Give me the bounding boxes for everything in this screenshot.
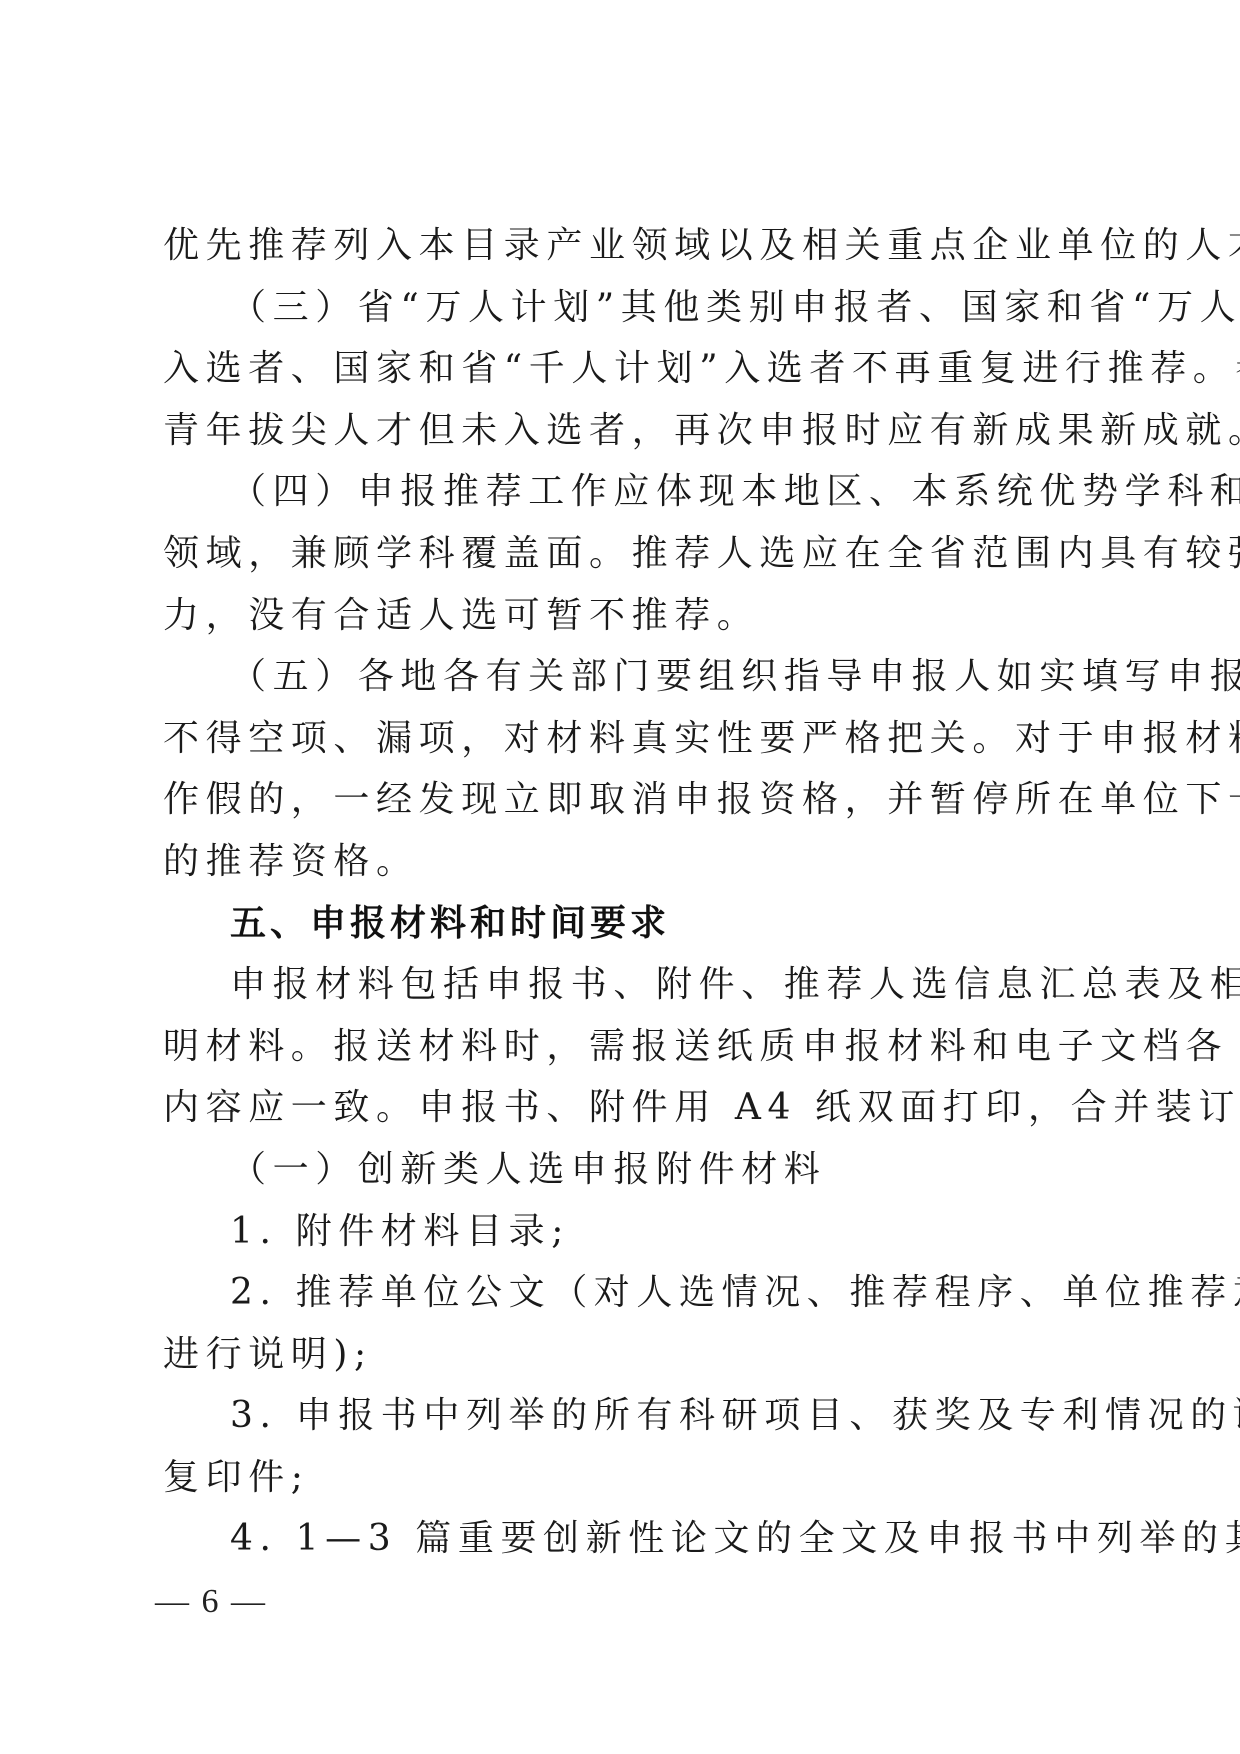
paragraph-line: 申报材料包括申报书、附件、推荐人选信息汇总表及相关证 xyxy=(163,954,1083,1016)
paragraph-line: 作假的，一经发现立即取消申报资格，并暂停所在单位下一年度 xyxy=(163,769,1083,831)
paragraph-line: （四）申报推荐工作应体现本地区、本系统优势学科和优势 xyxy=(163,461,1083,523)
paragraph-line: 入选者、国家和省“千人计划”入选者不再重复进行推荐。参评过 xyxy=(163,338,1083,400)
subsection-heading: （一）创新类人选申报附件材料 xyxy=(163,1139,1083,1201)
paragraph-line: （五）各地各有关部门要组织指导申报人如实填写申报材料， xyxy=(163,646,1083,708)
paragraph-line: 的推荐资格。 xyxy=(163,831,1083,893)
paragraph-line: 优先推荐列入本目录产业领域以及相关重点企业单位的人才。 xyxy=(163,215,1083,277)
list-item-continuation: 复印件; xyxy=(163,1447,1083,1509)
paragraph-line: （三）省“万人计划”其他类别申报者、国家和省“万人计划” xyxy=(163,277,1083,339)
list-item: 4. 1—3 篇重要创新性论文的全文及申报书中列举的其他代 xyxy=(163,1508,1083,1570)
list-item: 1. 附件材料目录; xyxy=(163,1201,1083,1263)
page-number: — 6 — xyxy=(155,1583,267,1621)
list-item: 2. 推荐单位公文（对人选情况、推荐程序、单位推荐意见 xyxy=(163,1262,1083,1324)
list-item: 3. 申报书中列举的所有科研项目、获奖及专利情况的证明 xyxy=(163,1385,1083,1447)
document-page: 优先推荐列入本目录产业领域以及相关重点企业单位的人才。 （三）省“万人计划”其他… xyxy=(0,0,1240,1754)
paragraph-line: 力，没有合适人选可暂不推荐。 xyxy=(163,585,1083,647)
paragraph-line: 不得空项、漏项，对材料真实性要严格把关。对于申报材料弄虚 xyxy=(163,708,1083,770)
list-item-continuation: 进行说明); xyxy=(163,1324,1083,1386)
paragraph-line: 青年拔尖人才但未入选者，再次申报时应有新成果新成就。 xyxy=(163,400,1083,462)
document-body: 优先推荐列入本目录产业领域以及相关重点企业单位的人才。 （三）省“万人计划”其他… xyxy=(163,215,1083,1570)
paragraph-line: 内容应一致。申报书、附件用 A4 纸双面打印，合并装订。 xyxy=(163,1077,1083,1139)
paragraph-line: 领域，兼顾学科覆盖面。推荐人选应在全省范围内具有较强竞争 xyxy=(163,523,1083,585)
section-heading: 五、申报材料和时间要求 xyxy=(163,893,1083,955)
paragraph-line: 明材料。报送材料时，需报送纸质申报材料和电子文档各 1 份， xyxy=(163,1016,1083,1078)
